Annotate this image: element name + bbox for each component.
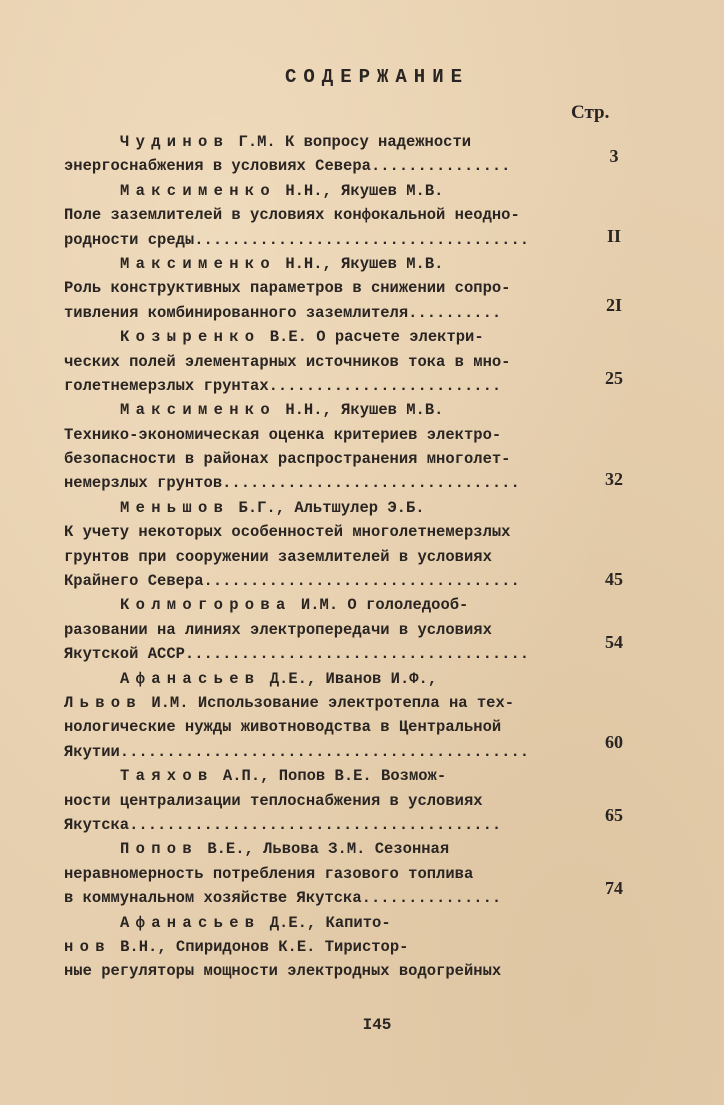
toc-line: Чудинов Г.М. К вопросу надежности	[64, 130, 644, 154]
toc-line: Меньшов Б.Г., Альтшулер Э.Б.	[64, 496, 644, 520]
toc-line: грунтов при сооружении заземлителей в ус…	[64, 545, 644, 569]
entry-text: в коммунальном хозяйстве Якутска........…	[64, 889, 501, 907]
entry-text: В.Н., Спиридонов К.Е. Тиристор-	[111, 938, 409, 956]
entry-text: Д.Е., Капито-	[260, 914, 390, 932]
author-name: Афанасьев	[120, 670, 260, 688]
author-name: Меньшов	[120, 499, 229, 517]
entry-text: А.П., Попов В.Е. Возмож-	[214, 767, 447, 785]
entry-text: Д.Е., Иванов И.Ф.,	[260, 670, 437, 688]
entry-text: ности централизации теплоснабжения в усл…	[64, 792, 483, 810]
toc-entry: Колмогорова И.М. О гололедооб- разовании…	[64, 593, 644, 666]
toc-line: ные регуляторы мощности электродных водо…	[64, 959, 644, 983]
page-number: 3	[584, 144, 644, 168]
page-number: 25	[584, 366, 644, 390]
toc-line: родности среды..........................…	[64, 228, 644, 252]
entry-text: родности среды..........................…	[64, 231, 529, 249]
entry-text: Г.М. К вопросу надежности	[229, 133, 471, 151]
toc-line: Крайнего Севера.........................…	[64, 569, 644, 593]
toc-line: нологические нужды животноводства в Цент…	[64, 715, 644, 739]
toc-entry: Максименко Н.Н., Якушев М.В. Технико-эко…	[64, 398, 644, 496]
entry-text: грунтов при сооружении заземлителей в ус…	[64, 548, 492, 566]
toc-line: разовании на линиях электропередачи в ус…	[64, 618, 644, 642]
page-column-label: Стр.	[571, 102, 609, 124]
entry-text: Поле заземлителей в условиях конфокально…	[64, 206, 520, 224]
toc-entry: Максименко Н.Н., Якушев М.В. Роль констр…	[64, 252, 644, 325]
toc-line: Якутска.................................…	[64, 813, 644, 837]
toc-entry: Чудинов Г.М. К вопросу надежности энерго…	[64, 130, 644, 179]
entry-text: Якутии..................................…	[64, 743, 529, 761]
entry-text: Н.Н., Якушев М.В.	[276, 255, 443, 273]
page-number: 45	[584, 567, 644, 591]
entry-text: К учету некоторых особенностей многолетн…	[64, 523, 510, 541]
table-of-contents: Чудинов Г.М. К вопросу надежности энерго…	[64, 130, 644, 984]
toc-line: Афанасьев Д.Е., Капито-	[64, 911, 644, 935]
page-title: СОДЕРЖАНИЕ	[0, 66, 724, 88]
entry-text: Б.Г., Альтшулер Э.Б.	[229, 499, 424, 517]
entry-text: В.Е., Львова З.М. Сезонная	[198, 840, 449, 858]
toc-line: Афанасьев Д.Е., Иванов И.Ф.,	[64, 667, 644, 691]
author-name: Таяхов	[120, 767, 214, 785]
toc-line: неравномерность потребления газового топ…	[64, 862, 644, 886]
entry-text: тивления комбинированного заземлителя...…	[64, 304, 501, 322]
toc-entry: Афанасьев Д.Е., Капито- нов В.Н., Спирид…	[64, 911, 644, 984]
toc-line: энергоснабжения в условиях Севера.......…	[64, 154, 644, 178]
toc-entry: Таяхов А.П., Попов В.Е. Возмож- ности це…	[64, 764, 644, 837]
toc-line: Львов И.М. Использование электротепла на…	[64, 691, 644, 715]
toc-line: ности централизации теплоснабжения в усл…	[64, 789, 644, 813]
entry-text: И.М. Использование электротепла на тех-	[142, 694, 514, 712]
author-name: Козыренко	[120, 328, 260, 346]
entry-text: безопасности в районах распространения м…	[64, 450, 510, 468]
toc-line: Максименко Н.Н., Якушев М.В.	[64, 252, 644, 276]
entry-text: Н.Н., Якушев М.В.	[276, 182, 443, 200]
entry-text: И.М. О гололедооб-	[292, 596, 469, 614]
author-name: Чудинов	[120, 133, 229, 151]
document-page: СОДЕРЖАНИЕ Стр. Чудинов Г.М. К вопросу н…	[0, 0, 724, 1105]
toc-line: Якутской АССР...........................…	[64, 642, 644, 666]
toc-line: голетнемерзлых грунтах..................…	[64, 374, 644, 398]
page-number: 74	[584, 876, 644, 900]
toc-line: К учету некоторых особенностей многолетн…	[64, 520, 644, 544]
author-name: Максименко	[120, 255, 276, 273]
author-name: нов	[64, 938, 111, 956]
toc-line: в коммунальном хозяйстве Якутска........…	[64, 886, 644, 910]
page-number: 32	[584, 467, 644, 491]
author-name: Колмогорова	[120, 596, 292, 614]
toc-line: Якутии..................................…	[64, 740, 644, 764]
entry-text: немерзлых грунтов.......................…	[64, 474, 520, 492]
toc-line: Максименко Н.Н., Якушев М.В.	[64, 179, 644, 203]
page-number: 54	[584, 630, 644, 654]
toc-line: ческих полей элементарных источников ток…	[64, 350, 644, 374]
page-number: 65	[584, 803, 644, 827]
page-number: 2I	[584, 293, 644, 317]
toc-line: тивления комбинированного заземлителя...…	[64, 301, 644, 325]
entry-text: Технико-экономическая оценка критериев э…	[64, 426, 501, 444]
author-name: Львов	[64, 694, 142, 712]
author-name: Максименко	[120, 182, 276, 200]
toc-line: немерзлых грунтов.......................…	[64, 471, 644, 495]
toc-line: Козыренко В.Е. О расчете электри-	[64, 325, 644, 349]
entry-text: В.Е. О расчете электри-	[260, 328, 483, 346]
toc-entry: Попов В.Е., Львова З.М. Сезонная неравно…	[64, 837, 644, 910]
page-folio-number: I45	[0, 1016, 724, 1034]
author-name: Афанасьев	[120, 914, 260, 932]
page-number: II	[584, 224, 644, 248]
toc-line: безопасности в районах распространения м…	[64, 447, 644, 471]
toc-line: Колмогорова И.М. О гололедооб-	[64, 593, 644, 617]
entry-text: Роль конструктивных параметров в снижени…	[64, 279, 510, 297]
entry-text: Якутской АССР...........................…	[64, 645, 529, 663]
toc-entry: Меньшов Б.Г., Альтшулер Э.Б. К учету нек…	[64, 496, 644, 594]
toc-line: Поле заземлителей в условиях конфокально…	[64, 203, 644, 227]
toc-line: Технико-экономическая оценка критериев э…	[64, 423, 644, 447]
entry-text: энергоснабжения в условиях Севера.......…	[64, 157, 510, 175]
entry-text: разовании на линиях электропередачи в ус…	[64, 621, 492, 639]
author-name: Попов	[120, 840, 198, 858]
entry-text: ческих полей элементарных источников ток…	[64, 353, 510, 371]
page-number: 60	[584, 730, 644, 754]
toc-line: нов В.Н., Спиридонов К.Е. Тиристор-	[64, 935, 644, 959]
entry-text: нологические нужды животноводства в Цент…	[64, 718, 501, 736]
entry-text: Якутска.................................…	[64, 816, 501, 834]
toc-line: Роль конструктивных параметров в снижени…	[64, 276, 644, 300]
toc-entry: Афанасьев Д.Е., Иванов И.Ф., Львов И.М. …	[64, 667, 644, 765]
toc-entry: Максименко Н.Н., Якушев М.В. Поле заземл…	[64, 179, 644, 252]
toc-line: Попов В.Е., Львова З.М. Сезонная	[64, 837, 644, 861]
entry-text: Н.Н., Якушев М.В.	[276, 401, 443, 419]
toc-entry: Козыренко В.Е. О расчете электри- ческих…	[64, 325, 644, 398]
author-name: Максименко	[120, 401, 276, 419]
entry-text: неравномерность потребления газового топ…	[64, 865, 473, 883]
entry-text: Крайнего Севера.........................…	[64, 572, 520, 590]
toc-line: Максименко Н.Н., Якушев М.В.	[64, 398, 644, 422]
entry-text: ные регуляторы мощности электродных водо…	[64, 962, 501, 980]
toc-line: Таяхов А.П., Попов В.Е. Возмож-	[64, 764, 644, 788]
entry-text: голетнемерзлых грунтах..................…	[64, 377, 501, 395]
